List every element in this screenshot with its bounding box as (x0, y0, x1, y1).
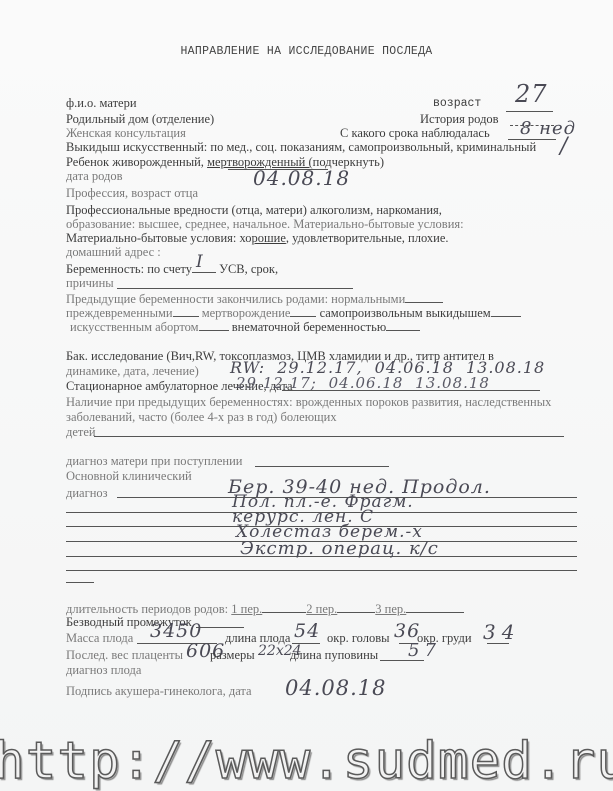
children-label: детей (66, 425, 96, 439)
education-label: образование: высшее, среднее, начальное.… (66, 217, 464, 231)
abortion-label: искусственным абортом (70, 320, 199, 334)
signature-label: Подпись акушера-гинеколога, дата (66, 684, 252, 698)
father-label: Профессия, возраст отца (66, 186, 198, 200)
pregnancy-count-field: I (192, 261, 216, 273)
pregnancy-count-value: I (196, 255, 204, 269)
period-1-label: 1 пер. (231, 602, 262, 616)
premature-field (173, 305, 199, 317)
period-3-label: 3 пер. (375, 602, 406, 616)
cord-length-value: 57 (408, 640, 441, 661)
admission-diagnosis-underline (255, 466, 389, 467)
periods-label: длительность периодов родов: (66, 602, 228, 616)
ectopic-field (386, 319, 420, 331)
stillbirth-field (290, 305, 316, 317)
living-conditions-label: Материально-бытовые условия: хорошие, уд… (66, 231, 449, 245)
cord-length-label: длина пуповины (290, 648, 378, 662)
age-value: 27 (515, 80, 548, 108)
website-watermark: http://www.sudmed.ru (0, 732, 613, 791)
labour-periods: длительность периодов родов: 1 пер.2 пер… (66, 601, 464, 616)
lab-label-2: динамике, дата, лечение) (66, 364, 199, 378)
placenta-weight-label: Послед. вес плаценты (66, 648, 183, 662)
fetus-diagnosis-label: диагноз плода (66, 663, 141, 677)
diagnosis-rule-7 (66, 582, 94, 583)
maternity-label: Родильный дом (отделение) (66, 112, 214, 126)
normal-births-field (405, 291, 443, 303)
diagnosis-line-5: Экстр. операц. к/с (240, 538, 439, 559)
hazards-label: Профессиональные вредности (отца, матери… (66, 203, 442, 217)
form-title: НАПРАВЛЕНИЕ НА ИССЛЕДОВАНИЕ ПОСЛЕДА (0, 45, 613, 58)
size-label: размеры (210, 648, 255, 662)
period-1-field (262, 601, 306, 613)
fetus-mass-label: Масса плода (66, 631, 133, 645)
previous-line-2: преждевременными мертворождение самопрои… (66, 305, 521, 320)
address-label: домашний адрес : (66, 245, 161, 259)
pregnancy-suffix: УСВ, срок, (219, 262, 278, 276)
period-2-label: 2 пер. (306, 602, 337, 616)
diagnosis-rule-6 (66, 570, 577, 571)
living-suffix: , удовлетворительные, плохие. (286, 231, 449, 245)
previous-label-text: Предыдущие беременности закончились рода… (66, 292, 405, 306)
reasons-label: причины (66, 276, 114, 290)
chest-circ-value: 34 (483, 620, 520, 644)
anhydrous-underline (196, 627, 244, 628)
abortion-field (199, 319, 229, 331)
mother-name-label: ф.и.о. матери (66, 96, 137, 110)
main-diagnosis-label-1: Основной клинический (66, 469, 192, 483)
scanned-form: НАПРАВЛЕНИЕ НА ИССЛЕДОВАНИЕ ПОСЛЕДА ф.и.… (0, 0, 613, 791)
clinic-label: Женская консультация (66, 126, 186, 140)
stillbirth-label: мертворождение (202, 306, 291, 320)
malformations-label-2: заболеваний, часто (более 4-х раз в год)… (66, 410, 337, 424)
period-2-field (337, 601, 375, 613)
signature-date: 04.08.18 (285, 676, 387, 700)
age-label: возраст (433, 97, 481, 111)
malformations-label-1: Наличие при предыдущих беременностях: вр… (66, 395, 551, 409)
child-label-prefix: Ребенок живорожденный, (66, 155, 207, 169)
admission-diagnosis-label: диагноз матери при поступлении (66, 454, 243, 468)
pregnancy-prefix: Беременность: по счету (66, 262, 192, 276)
ectopic-label: внематочной беременностью (232, 320, 386, 334)
fetus-length-value: 54 (294, 620, 320, 642)
living-prefix: Материально-бытовые условия: хо (66, 231, 252, 245)
spontaneous-label: самопроизвольным выкидышем (320, 306, 491, 320)
period-3-field (406, 601, 464, 613)
previous-line-3: искусственным абортом внематочной береме… (70, 319, 420, 334)
premature-label: преждевременными (66, 306, 173, 320)
history-label: История родов (420, 112, 499, 126)
head-circ-label: окр. головы (327, 631, 390, 645)
spontaneous-field (491, 305, 521, 317)
birth-date-value: 04.08.18 (253, 166, 350, 190)
children-underline (94, 436, 564, 437)
birth-date-label: дата родов (66, 169, 123, 183)
fetus-mass-value: 3450 (150, 620, 202, 642)
living-underlined: рошие (252, 231, 286, 245)
miscarriage-mark: / (560, 134, 568, 159)
previous-pregnancies-label: Предыдущие беременности закончились рода… (66, 291, 443, 306)
reasons-underline (117, 288, 353, 289)
age-underline (506, 111, 553, 112)
miscarriage-label: Выкидыш искусственный: по мед., соц. пок… (66, 140, 536, 154)
observed-since-label: С какого срока наблюдалась (340, 126, 490, 140)
main-diagnosis-label-2: диагноз (66, 486, 108, 500)
treatment-value: 29.12.17; 04.06.18 13.08.18 (236, 374, 490, 392)
pregnancy-count-label: Беременность: по счетуI УСВ, срок, (66, 261, 278, 276)
